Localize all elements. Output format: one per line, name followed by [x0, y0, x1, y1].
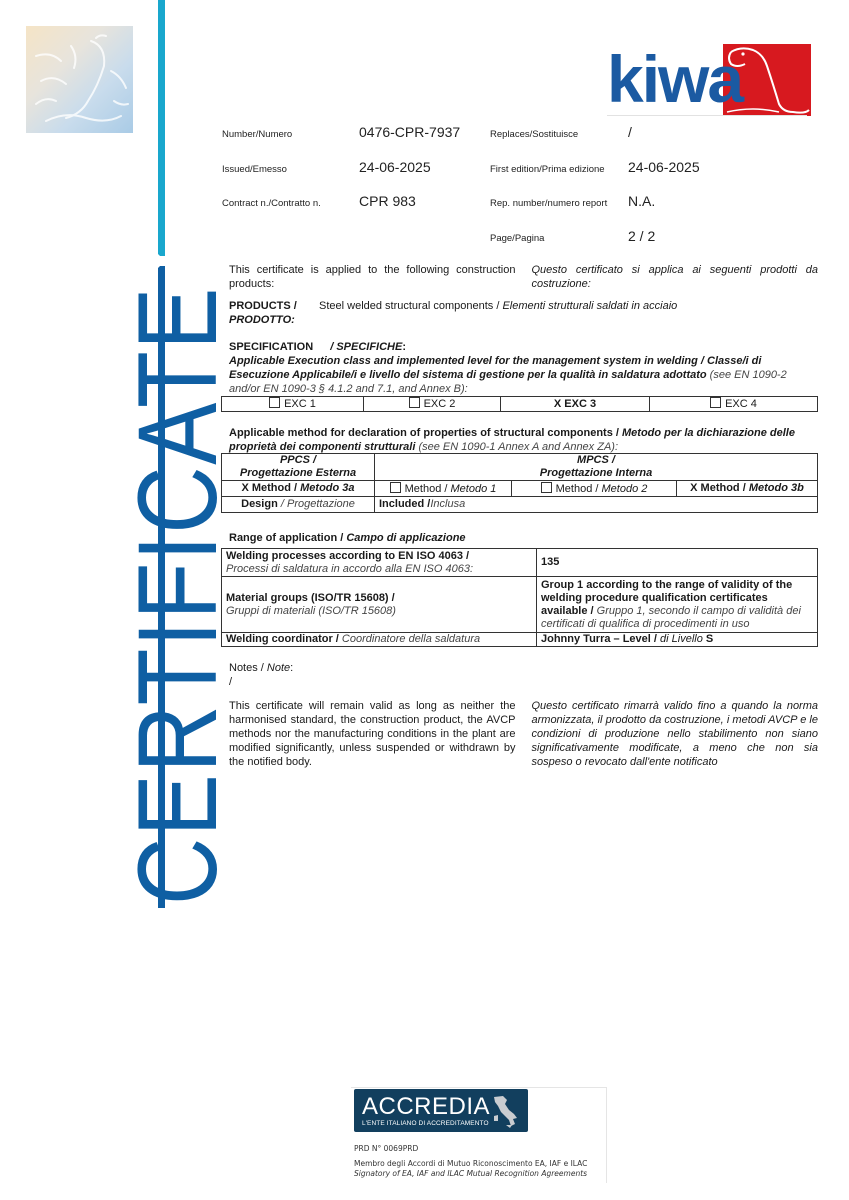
spec-desc-en: Applicable Execution class and implement… — [229, 355, 704, 367]
spec-heading-it: / SPECIFICHE — [330, 341, 402, 353]
method-3b-cell: X Method / Metodo 3b — [677, 481, 818, 497]
kiwa-logo: kiwa — [607, 44, 811, 116]
first-edition-label: First edition/Prima edizione — [490, 164, 605, 175]
accredia-line-en: Signatory of EA, IAF and ILAC Mutual Rec… — [354, 1169, 587, 1178]
range-label-cell: Welding processes according to EN ISO 40… — [222, 549, 537, 577]
contract-label: Contract n./Contratto n. — [222, 198, 321, 209]
products-section: PRODUCTS / PRODOTTO: Steel welded struct… — [229, 299, 818, 327]
page-label: Page/Pagina — [490, 233, 544, 244]
ppcs-header: PPCS /Progettazione Esterna — [222, 454, 375, 481]
table-row: Welding processes according to EN ISO 40… — [222, 549, 818, 577]
logo-wordmark: kiwa — [607, 46, 742, 112]
validity-en: This certificate will remain valid as lo… — [229, 699, 516, 769]
design-value-cell: Included /Inclusa — [375, 497, 818, 513]
watermark-image — [26, 26, 133, 133]
beaver-watermark-icon — [26, 26, 133, 133]
method-heading-ref: (see EN 1090-1 Annex A and Annex ZA): — [418, 441, 618, 453]
exc-2-cell: EXC 2 — [364, 397, 501, 412]
specification-section: SPECIFICATION / SPECIFICHE: Applicable E… — [229, 340, 818, 396]
italy-map-icon — [491, 1094, 519, 1128]
table-row: Material groups (ISO/TR 15608) /Gruppi d… — [222, 577, 818, 633]
accredia-prd: PRD N° 0069PRD — [354, 1144, 418, 1153]
issued-label: Issued/Emesso — [222, 164, 287, 175]
range-label-cell: Material groups (ISO/TR 15608) /Gruppi d… — [222, 577, 537, 633]
method-table: PPCS /Progettazione Esterna MPCS /Proget… — [221, 453, 818, 513]
accredia-line-it: Membro degli Accordi di Mutuo Riconoscim… — [354, 1159, 587, 1168]
checkbox-icon — [409, 397, 420, 408]
intro-en: This certificate is applied to the follo… — [229, 263, 516, 291]
method-2-cell: Method / Metodo 2 — [512, 481, 677, 497]
intro-it: Questo certificato si applica ai seguent… — [532, 263, 819, 291]
notes-value: / — [229, 675, 818, 689]
accredia-block: ACCREDIA L'ENTE ITALIANO DI ACCREDITAMEN… — [351, 1087, 607, 1183]
rep-number-label: Rep. number/numero report — [490, 198, 607, 209]
mpcs-header: MPCS /Progettazione Interna — [375, 454, 818, 481]
validity-it: Questo certificato rimarrà valido fino a… — [532, 699, 819, 769]
accent-bar-top — [158, 0, 165, 256]
products-value-it: Elementi strutturali saldati in acciaio — [502, 300, 677, 312]
method-heading-en: Applicable method for declaration of pro… — [229, 427, 619, 439]
method-3a-cell: X Method / Metodo 3a — [222, 481, 375, 497]
exc-3-cell: X EXC 3 — [501, 397, 650, 412]
range-table: Welding processes according to EN ISO 40… — [221, 548, 818, 647]
products-label-en: PRODUCTS / — [229, 299, 319, 313]
number-label: Number/Numero — [222, 129, 292, 140]
exc-table: EXC 1 EXC 2 X EXC 3 EXC 4 — [221, 396, 818, 412]
checkbox-icon — [541, 482, 552, 493]
products-value-en: Steel welded structural components / — [319, 300, 499, 312]
checkbox-icon — [269, 397, 280, 408]
first-edition-value: 24-06-2025 — [628, 159, 700, 175]
table-row: Welding coordinator / Coordinatore della… — [222, 633, 818, 647]
logo-underline — [607, 115, 807, 116]
products-label-it: PRODOTTO: — [229, 313, 319, 327]
accredia-logo: ACCREDIA L'ENTE ITALIANO DI ACCREDITAMEN… — [354, 1089, 528, 1132]
range-value-cell: Johnny Turra – Level / di Livello S — [537, 633, 818, 647]
range-value-cell: Group 1 according to the range of validi… — [537, 577, 818, 633]
contract-value: CPR 983 — [359, 193, 416, 209]
page-value: 2 / 2 — [628, 228, 655, 244]
exc-1-cell: EXC 1 — [222, 397, 364, 412]
range-label-cell: Welding coordinator / Coordinatore della… — [222, 633, 537, 647]
intro-section: This certificate is applied to the follo… — [229, 263, 818, 291]
replaces-label: Replaces/Sostituisce — [490, 129, 578, 140]
issued-value: 24-06-2025 — [359, 159, 431, 175]
checkbox-icon — [390, 482, 401, 493]
range-heading: Range of application / Campo di applicaz… — [229, 531, 818, 545]
validity-section: This certificate will remain valid as lo… — [229, 699, 818, 769]
exc-4-cell: EXC 4 — [650, 397, 818, 412]
replaces-value: / — [628, 124, 632, 140]
method-1-cell: Method / Metodo 1 — [375, 481, 512, 497]
spec-heading-en: SPECIFICATION — [229, 341, 313, 353]
number-value: 0476-CPR-7937 — [359, 124, 460, 140]
method-section: Applicable method for declaration of pro… — [229, 426, 818, 454]
design-label-cell: Design / Progettazione — [222, 497, 375, 513]
rep-number-value: N.A. — [628, 193, 655, 209]
checkbox-icon — [710, 397, 721, 408]
notes-section: Notes / Note: / — [229, 661, 818, 689]
range-value-cell: 135 — [537, 549, 818, 577]
side-title: CERTIFICATE — [122, 265, 234, 905]
